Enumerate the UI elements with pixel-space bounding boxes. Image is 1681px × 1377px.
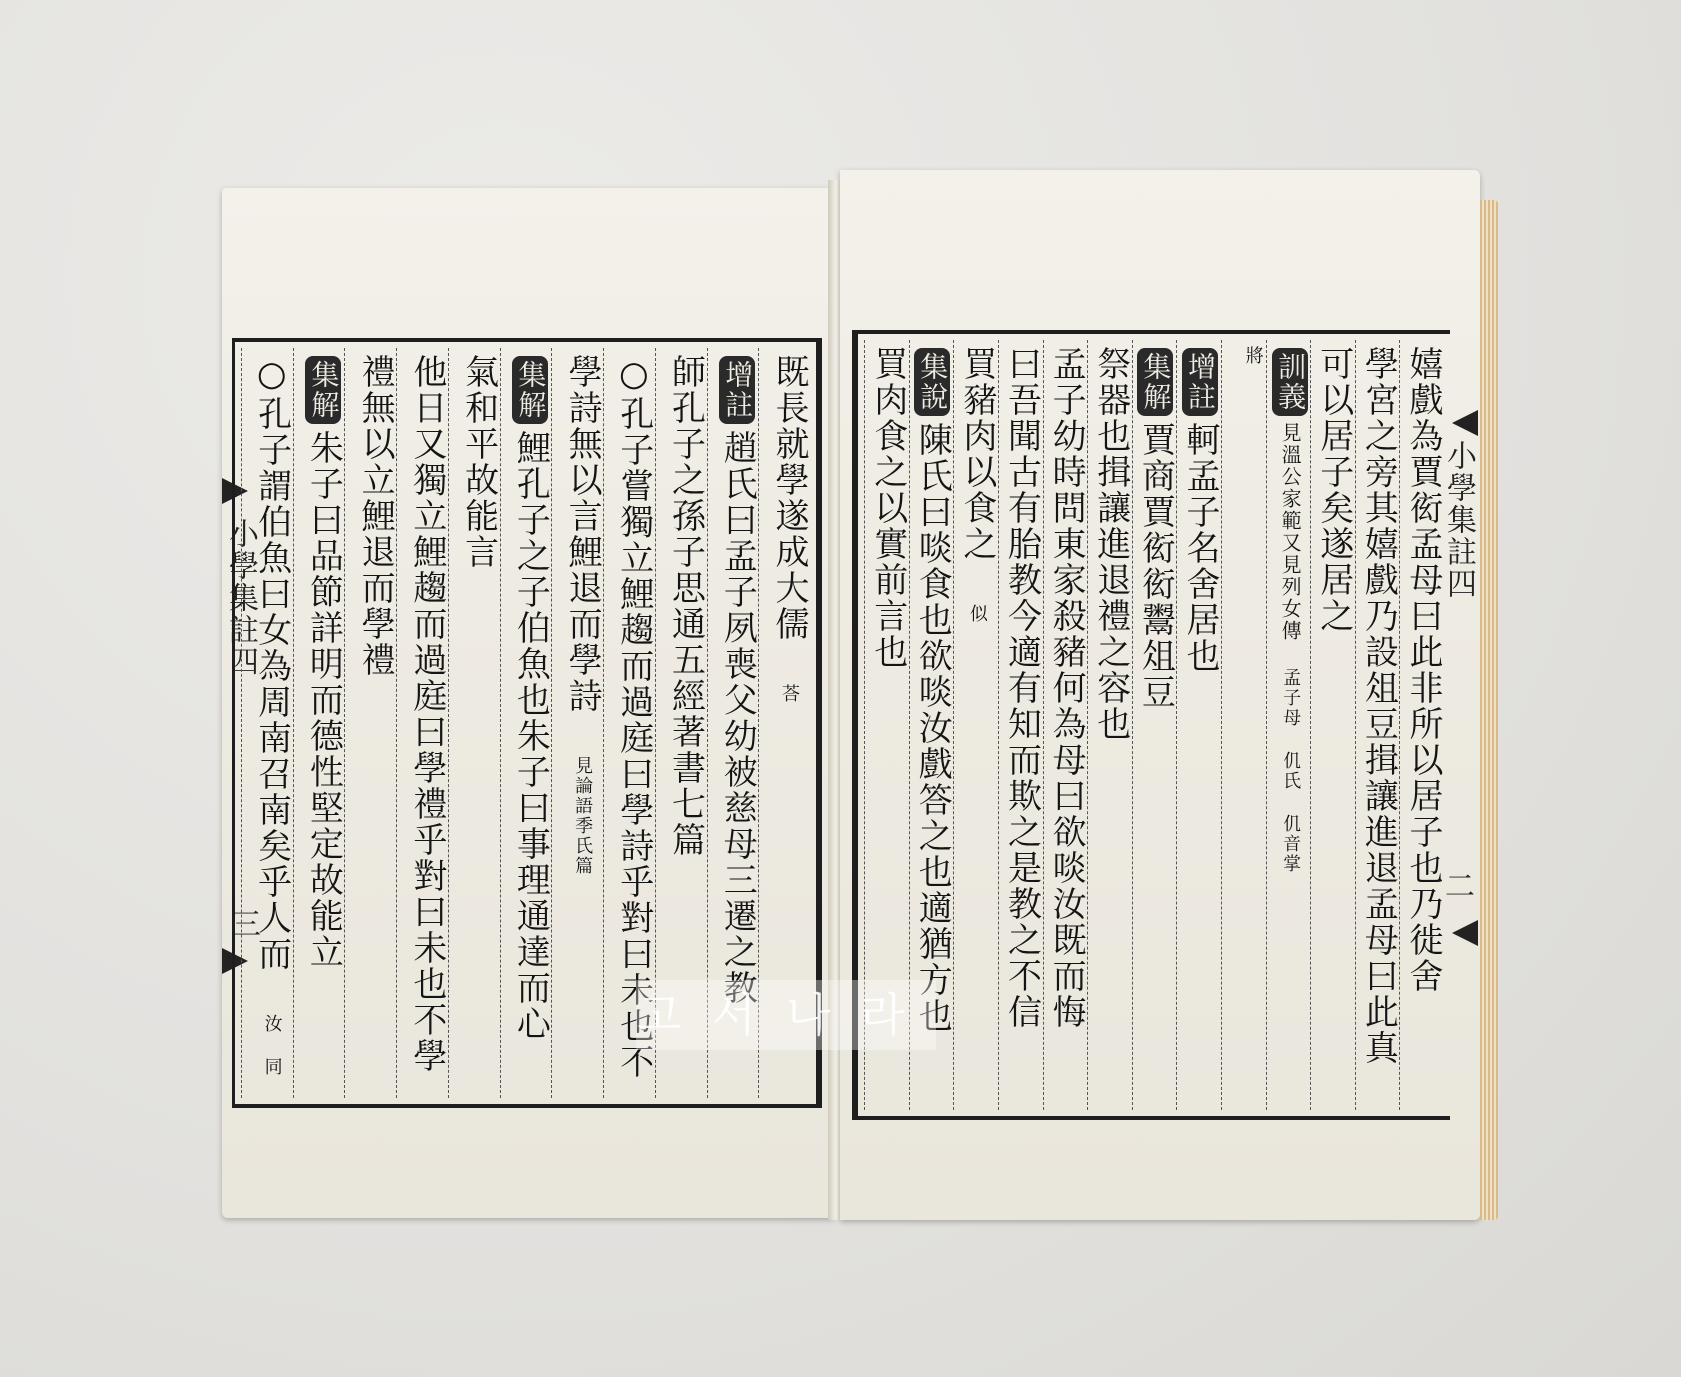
text-column: 買豬肉以食之 似 [953,340,998,1110]
annotation: 將 [1243,346,1264,366]
right-text-frame: 嬉戲為賈衒孟母曰此非所以居子也乃徙舍 學宮之旁其嬉戲乃設俎豆揖讓進退孟母曰此真 … [852,330,1450,1120]
right-text-columns: 嬉戲為賈衒孟母曰此非所以居子也乃徙舍 學宮之旁其嬉戲乃設俎豆揖讓進退孟母曰此真 … [864,340,1444,1110]
commentary-tag: 訓義 [1272,348,1308,416]
column-text: 氣和平故能言 [459,354,499,570]
column-text: 他日又獨立鯉趨而過庭曰學禮乎對曰未也不學 [407,354,447,1074]
text-column: 禮無以立鯉退而學禮 [344,348,396,1098]
text-column: 學詩無以言鯉退而學詩 見論語季氏篇 [551,348,603,1098]
column-text: 祭器也揖讓進退禮之容也 [1091,346,1131,742]
column-text: 趙氏曰孟子夙喪父幼被慈母三遷之教 [717,430,757,1006]
left-page: 小學集註四 三 既長就學遂成大儒 荅 增註趙氏曰孟子夙喪父幼被慈母三遷之教 師孔… [222,188,834,1218]
text-column: 將 [1221,340,1266,1110]
column-text: 賈商賈衒衒鬻俎豆 [1135,422,1175,710]
text-column: 嬉戲為賈衒孟母曰此非所以居子也乃徙舍 [1399,340,1444,1110]
column-text: ○孔子謂伯魚曰女為周南召南矣乎人而 [252,354,292,972]
annotation: 似 [967,604,988,624]
text-column: 孟子幼時問東家殺豬何為母曰欲啖汝既而悔 [1043,340,1088,1110]
column-text: 見溫公家範又見列女傳 [1278,422,1302,642]
fishtail-mark-icon [1452,410,1478,436]
text-column: 訓義見溫公家範又見列女傳 孟子母 仉氏 仉音掌 [1266,340,1311,1110]
column-text: 學詩無以言鯉退而學詩 [562,354,602,714]
text-column: 可以居子矣遂居之 [1310,340,1355,1110]
text-column: 集解朱子曰品節詳明而德性堅定故能立 [293,348,345,1098]
commentary-tag: 集解 [1137,348,1173,416]
text-column: 學宮之旁其嬉戲乃設俎豆揖讓進退孟母曰此真 [1355,340,1400,1110]
fishtail-mark-icon [1452,920,1478,946]
column-text: 禮無以立鯉退而學禮 [355,354,395,678]
open-book: 小學集註四 三 既長就學遂成大儒 荅 增註趙氏曰孟子夙喪父幼被慈母三遷之教 師孔… [222,150,1482,1225]
column-text: 陳氏曰啖食也欲啖汝戲答之也適猶方也 [912,422,952,1034]
column-text: 軻孟子名舍居也 [1180,422,1220,674]
column-text: 鯉孔子之子伯魚也朱子曰事理通達而心 [510,430,550,1042]
text-column: 集解鯉孔子之子伯魚也朱子曰事理通達而心 [500,348,552,1098]
page-edges [1480,200,1498,1220]
right-page: 小學集註四 二 嬉戲為賈衒孟母曰此非所以居子也乃徙舍 學宮之旁其嬉戲乃設俎豆揖讓… [840,170,1480,1220]
watermark: 고서나라 [636,980,936,1050]
commentary-tag: 集解 [512,356,548,424]
text-column: 氣和平故能言 [448,348,500,1098]
annotation: 汝 同 邵 下 [262,1014,283,1098]
commentary-tag: 集說 [914,348,950,416]
column-text: 可以居子矣遂居之 [1314,346,1354,634]
text-column: 祭器也揖讓進退禮之容也 [1087,340,1132,1110]
text-column: ○孔子謂伯魚曰女為周南召南矣乎人而 汝 同 邵 下 [241,348,293,1098]
commentary-tag: 集解 [305,356,341,424]
annotation: 孟子母 仉氏 仉音掌 [1280,668,1301,874]
text-column: 增註軻孟子名舍居也 [1176,340,1221,1110]
column-text: 買肉食之以實前言也 [868,346,908,670]
text-column: 曰吾聞古有胎教今適有知而欺之是教之不信 [998,340,1043,1110]
column-text: 學宮之旁其嬉戲乃設俎豆揖讓進退孟母曰此真 [1358,346,1398,1066]
annotation: 荅 [779,684,800,704]
column-text: 既長就學遂成大儒 [769,354,809,642]
annotation: 見論語季氏篇 [572,756,593,876]
column-text: ○孔子嘗獨立鯉趨而過庭曰學詩乎對曰未也不 [614,354,654,1080]
column-text: 朱子曰品節詳明而德性堅定故能立 [303,430,343,970]
column-text: 買豬肉以食之 [957,346,997,562]
column-text: 曰吾聞古有胎教今適有知而欺之是教之不信 [1002,346,1042,1030]
column-text: 孟子幼時問東家殺豬何為母曰欲啖汝既而悔 [1046,346,1086,1030]
column-text: 師孔子之孫子思通五經著書七篇 [666,354,706,858]
text-column: 他日又獨立鯉趨而過庭曰學禮乎對曰未也不學 [396,348,448,1098]
text-column: 集解賈商賈衒衒鬻俎豆 [1132,340,1177,1110]
column-text: 嬉戲為賈衒孟母曰此非所以居子也乃徙舍 [1403,346,1443,994]
commentary-tag: 增註 [1182,348,1218,416]
commentary-tag: 增註 [719,356,755,424]
